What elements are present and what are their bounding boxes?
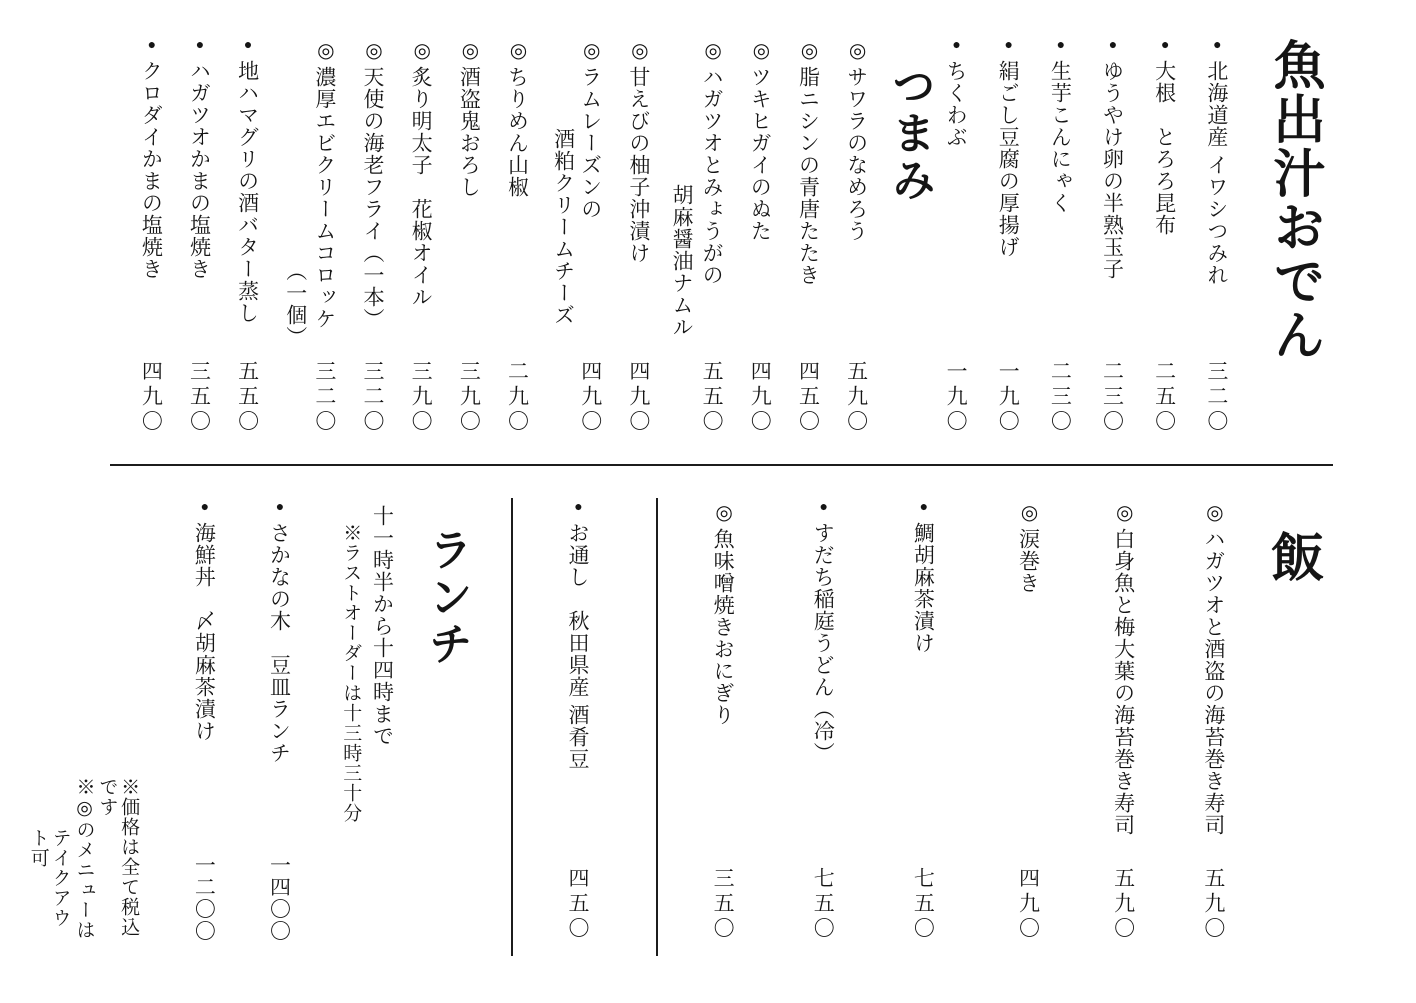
item-price: 四五〇 xyxy=(796,360,820,435)
double-circle-marker: ◎ xyxy=(749,38,771,66)
item-name: ラムレーズンの xyxy=(579,66,603,220)
bullet-marker: ● xyxy=(272,500,287,522)
menu-item-tsumami-4: ◎甘えびの柚子沖漬け 四九〇 xyxy=(627,38,651,435)
menu-item-oden-1: ●大根 とろろ昆布 二五〇 xyxy=(1153,38,1177,435)
item-name: 大根 とろろ昆布 xyxy=(1153,60,1177,236)
bullet-marker: ● xyxy=(816,500,831,522)
item-name: すだち稲庭うどん（冷） xyxy=(811,522,835,764)
item-name-wrap: ◎涙巻き xyxy=(1016,500,1040,594)
menu-item-tsumami-3: ◎ハガツオとみょうがの 五五〇 胡麻醤油ナムル xyxy=(670,38,724,435)
bullet-marker: ● xyxy=(1106,38,1121,60)
double-circle-marker: ◎ xyxy=(1203,500,1225,528)
item-name-wrap: ◎濃厚エビクリームコロッケ xyxy=(313,38,337,330)
item-name: 海鮮丼 〆胡麻茶漬け xyxy=(192,522,216,742)
item-price: 五九〇 xyxy=(844,360,868,435)
bullet-marker: ● xyxy=(241,38,256,60)
menu-item-oden-3: ●生芋こんにゃく 二三〇 xyxy=(1048,38,1072,435)
menu-item-rice-5: ◎魚味噌焼きおにぎり 三五〇 xyxy=(711,500,735,942)
item-name-wrap: ◎ハガツオとみょうがの xyxy=(700,38,724,286)
item-name-wrap: ◎甘えびの柚子沖漬け xyxy=(627,38,651,264)
menu-item-tsumami-1: ◎脂ニシンの青唐たたき 四五〇 xyxy=(796,38,820,435)
item-name-wrap: ●大根 とろろ昆布 xyxy=(1153,38,1177,236)
menu-item-rice-1: ◎白身魚と梅大葉の海苔巻き寿司 五九〇 xyxy=(1112,500,1136,942)
footnote-tax: ※価格は全て税込です xyxy=(95,500,139,942)
bullet-marker: ● xyxy=(1053,38,1068,60)
item-name-wrap: ◎ラムレーズンの xyxy=(579,38,603,220)
menu-page: 魚出汁おでん ●北海道産 イワシつみれ 三二〇 ●大根 とろろ昆布 二五〇 ●ゆ… xyxy=(0,0,1416,1003)
item-name-wrap: ◎酒盗鬼おろし xyxy=(457,38,481,198)
menu-item-tsumami-6: ◎ちりめん山椒 二九〇 xyxy=(505,38,529,435)
menu-item-tsumami-11: ●地ハマグリの酒バター蒸し 五五〇 xyxy=(235,38,259,435)
item-name-wrap: ●クロダイかまの塩焼き xyxy=(139,38,163,280)
item-name: 絹ごし豆腐の厚揚げ xyxy=(996,60,1020,258)
item-name-wrap: ●鯛胡麻茶漬け xyxy=(911,500,935,654)
item-name: 濃厚エビクリームコロッケ xyxy=(313,66,337,330)
double-circle-marker: ◎ xyxy=(580,38,602,66)
lunch-last-order-note: ※ラストオーダーは十三時三十分 xyxy=(339,500,361,942)
item-price: 四五〇 xyxy=(566,867,590,942)
bullet-marker: ● xyxy=(949,38,964,60)
menu-item-lunch-1: ●海鮮丼 〆胡麻茶漬け 一二〇〇 xyxy=(192,500,216,942)
item-name: ハガツオとみょうがの xyxy=(700,66,724,286)
double-circle-marker: ◎ xyxy=(628,38,650,66)
item-price: 一九〇 xyxy=(996,360,1020,435)
double-circle-marker: ◎ xyxy=(1018,500,1040,528)
double-circle-marker: ◎ xyxy=(458,38,480,66)
menu-item-oden-0: ●北海道産 イワシつみれ 三二〇 xyxy=(1205,38,1229,435)
item-price: 五九〇 xyxy=(1112,867,1136,942)
item-name: 魚味噌焼きおにぎり xyxy=(711,528,735,726)
item-name: 涙巻き xyxy=(1017,528,1041,594)
item-name-wrap: ◎白身魚と梅大葉の海苔巻き寿司 xyxy=(1112,500,1136,836)
item-price: 四九〇 xyxy=(579,360,603,435)
tsumami-section-title: つまみ xyxy=(885,38,933,435)
item-price: 三二〇 xyxy=(361,360,385,435)
menu-item-oden-4: ●絹ごし豆腐の厚揚げ 一九〇 xyxy=(996,38,1020,435)
divider-horizontal xyxy=(110,464,1333,466)
item-name: 炙り明太子 花椒オイル xyxy=(409,66,433,308)
item-price: 七五〇 xyxy=(811,867,835,942)
item-price: 四九〇 xyxy=(748,360,772,435)
item-line-2: 胡麻醤油ナムル xyxy=(670,38,694,435)
item-price: 二五〇 xyxy=(1153,360,1177,435)
footnote-takeout-line2: テイクアウト可 xyxy=(27,500,71,942)
double-circle-marker: ◎ xyxy=(410,38,432,66)
item-price: 三五〇 xyxy=(711,867,735,942)
item-name-wrap: ◎天使の海老フライ（一本） xyxy=(361,38,385,330)
item-name-wrap: ◎ちりめん山椒 xyxy=(505,38,529,198)
item-name-wrap: ●ハガツオかまの塩焼き xyxy=(187,38,211,280)
item-name-wrap: ◎ハガツオと酒盗の海苔巻き寿司 xyxy=(1202,500,1226,836)
item-name-wrap: ●ゆうやけ卵の半熟玉子 xyxy=(1100,38,1124,280)
item-name: 生芋こんにゃく xyxy=(1048,60,1072,214)
item-name-wrap: ●地ハマグリの酒バター蒸し xyxy=(235,38,259,324)
item-price: 五九〇 xyxy=(1202,867,1226,942)
item-name: ハガツオと酒盗の海苔巻き寿司 xyxy=(1202,528,1226,836)
item-name: ちりめん山椒 xyxy=(505,66,529,198)
item-price: 二三〇 xyxy=(1048,360,1072,435)
menu-item-tsumami-13: ●クロダイかまの塩焼き 四九〇 xyxy=(139,38,163,435)
item-price: 四九〇 xyxy=(627,360,651,435)
item-line-1: ◎濃厚エビクリームコロッケ 三二〇 xyxy=(313,38,337,435)
menu-item-oden-2: ●ゆうやけ卵の半熟玉子 二三〇 xyxy=(1100,38,1124,435)
item-line-2: 酒粕クリームチーズ xyxy=(551,38,575,435)
item-price: 三五〇 xyxy=(187,360,211,435)
item-name: ゆうやけ卵の半熟玉子 xyxy=(1101,60,1125,280)
footnote-takeout-line1: ※◎のメニューは xyxy=(73,500,95,942)
menu-item-rice-0: ◎ハガツオと酒盗の海苔巻き寿司 五九〇 xyxy=(1202,500,1226,942)
item-name-wrap: ●北海道産 イワシつみれ xyxy=(1205,38,1229,286)
menu-item-tsumami-7: ◎酒盗鬼おろし 三九〇 xyxy=(457,38,481,435)
item-price: 三九〇 xyxy=(409,360,433,435)
item-name: さかなの木 豆皿ランチ xyxy=(267,522,291,764)
menu-item-tsumami-12: ●ハガツオかまの塩焼き 三五〇 xyxy=(187,38,211,435)
item-name: 酒盗鬼おろし xyxy=(457,66,481,198)
item-name-wrap: ●さかなの木 豆皿ランチ xyxy=(267,500,291,764)
menu-item-tsumami-10: ◎濃厚エビクリームコロッケ 三二〇 （一個） xyxy=(284,38,337,435)
menu-item-lunch-0: ●さかなの木 豆皿ランチ 一四〇〇 xyxy=(267,500,291,942)
double-circle-marker: ◎ xyxy=(362,38,384,66)
double-circle-marker: ◎ xyxy=(314,38,336,66)
item-name: お通し 秋田県産 酒肴豆 xyxy=(566,522,590,770)
menu-item-tsumami-2: ◎ツキヒガイのぬた 四九〇 xyxy=(748,38,772,435)
item-name: クロダイかまの塩焼き xyxy=(139,60,163,280)
double-circle-marker: ◎ xyxy=(712,500,734,528)
item-name-wrap: ●海鮮丼 〆胡麻茶漬け xyxy=(192,500,216,742)
section-rice-lunch: 飯 ◎ハガツオと酒盗の海苔巻き寿司 五九〇 ◎白身魚と梅大葉の海苔巻き寿司 五九… xyxy=(27,500,1320,942)
item-price: 三九〇 xyxy=(457,360,481,435)
lunch-section-title: ランチ xyxy=(421,500,469,942)
item-name: 北海道産 イワシつみれ xyxy=(1205,60,1229,286)
item-name-wrap: ●お通し 秋田県産 酒肴豆 xyxy=(566,500,590,770)
item-line-2: （一個） xyxy=(284,38,308,435)
item-name-wrap: ●ちくわぶ xyxy=(944,38,968,148)
rice-section-title: 飯 xyxy=(1263,500,1320,942)
bullet-marker: ● xyxy=(144,38,159,60)
menu-item-tsumami-8: ◎炙り明太子 花椒オイル 三九〇 xyxy=(409,38,433,435)
item-name: 鯛胡麻茶漬け xyxy=(911,522,935,654)
item-price: 四九〇 xyxy=(1016,867,1040,942)
item-line-1: ◎ラムレーズンの 四九〇 xyxy=(579,38,603,435)
menu-item-tsumami-0: ◎サワラのなめろう 五九〇 xyxy=(844,38,868,435)
menu-item-tsumami-9: ◎天使の海老フライ（一本） 三二〇 xyxy=(361,38,385,435)
double-circle-marker: ◎ xyxy=(797,38,819,66)
bullet-marker: ● xyxy=(1001,38,1016,60)
bullet-marker: ● xyxy=(1158,38,1173,60)
item-name-wrap: ●絹ごし豆腐の厚揚げ xyxy=(996,38,1020,258)
bullet-marker: ● xyxy=(571,500,586,522)
item-line-1: ◎ハガツオとみょうがの 五五〇 xyxy=(700,38,724,435)
item-price: 二三〇 xyxy=(1100,360,1124,435)
menu-item-rice-4: ●すだち稲庭うどん（冷） 七五〇 xyxy=(811,500,835,942)
item-name: 地ハマグリの酒バター蒸し xyxy=(236,60,260,324)
item-name: ちくわぶ xyxy=(944,60,968,148)
bullet-marker: ● xyxy=(197,500,212,522)
item-name-wrap: ●すだち稲庭うどん（冷） xyxy=(811,500,835,764)
item-name-wrap: ◎脂ニシンの青唐たたき xyxy=(796,38,820,286)
menu-item-rice-2: ◎涙巻き 四九〇 xyxy=(1016,500,1040,942)
item-price: 一九〇 xyxy=(944,360,968,435)
lunch-hours: 十一時半から十四時まで xyxy=(370,500,394,942)
item-name: ツキヒガイのぬた xyxy=(748,66,772,242)
item-name-wrap: ◎炙り明太子 花椒オイル xyxy=(409,38,433,308)
item-price: 一四〇〇 xyxy=(267,854,291,942)
double-circle-marker: ◎ xyxy=(1113,500,1135,528)
item-name: 脂ニシンの青唐たたき xyxy=(796,66,820,286)
double-circle-marker: ◎ xyxy=(506,38,528,66)
bullet-marker: ● xyxy=(916,500,931,522)
item-name: サワラのなめろう xyxy=(845,66,869,242)
menu-item-rice-3: ●鯛胡麻茶漬け 七五〇 xyxy=(911,500,935,942)
item-name: 甘えびの柚子沖漬け xyxy=(627,66,651,264)
item-price: 三二〇 xyxy=(1205,360,1229,435)
menu-item-oden-5: ●ちくわぶ 一九〇 xyxy=(944,38,968,435)
item-name-wrap: ◎ツキヒガイのぬた xyxy=(748,38,772,242)
bullet-marker: ● xyxy=(192,38,207,60)
item-name: 天使の海老フライ（一本） xyxy=(361,66,385,330)
bullet-marker: ● xyxy=(1210,38,1225,60)
item-name: 白身魚と梅大葉の海苔巻き寿司 xyxy=(1112,528,1136,836)
menu-item-tsumami-5: ◎ラムレーズンの 四九〇 酒粕クリームチーズ xyxy=(551,38,602,435)
item-name-wrap: ◎サワラのなめろう xyxy=(844,38,868,242)
item-price: 一二〇〇 xyxy=(192,854,216,942)
item-price: 五五〇 xyxy=(235,360,259,435)
item-name-wrap: ●生芋こんにゃく xyxy=(1048,38,1072,214)
item-price: 三二〇 xyxy=(313,360,337,435)
item-price: 五五〇 xyxy=(700,360,724,435)
item-name-wrap: ◎魚味噌焼きおにぎり xyxy=(711,500,735,726)
oden-section-title: 魚出汁おでん xyxy=(1265,38,1322,435)
item-name: ハガツオかまの塩焼き xyxy=(187,60,211,280)
double-circle-marker: ◎ xyxy=(846,38,868,66)
menu-item-rice-6: ●お通し 秋田県産 酒肴豆 四五〇 xyxy=(566,500,590,942)
item-price: 四九〇 xyxy=(139,360,163,435)
double-circle-marker: ◎ xyxy=(701,38,723,66)
section-oden-tsumami: 魚出汁おでん ●北海道産 イワシつみれ 三二〇 ●大根 とろろ昆布 二五〇 ●ゆ… xyxy=(139,38,1322,435)
item-price: 二九〇 xyxy=(505,360,529,435)
item-price: 七五〇 xyxy=(911,867,935,942)
